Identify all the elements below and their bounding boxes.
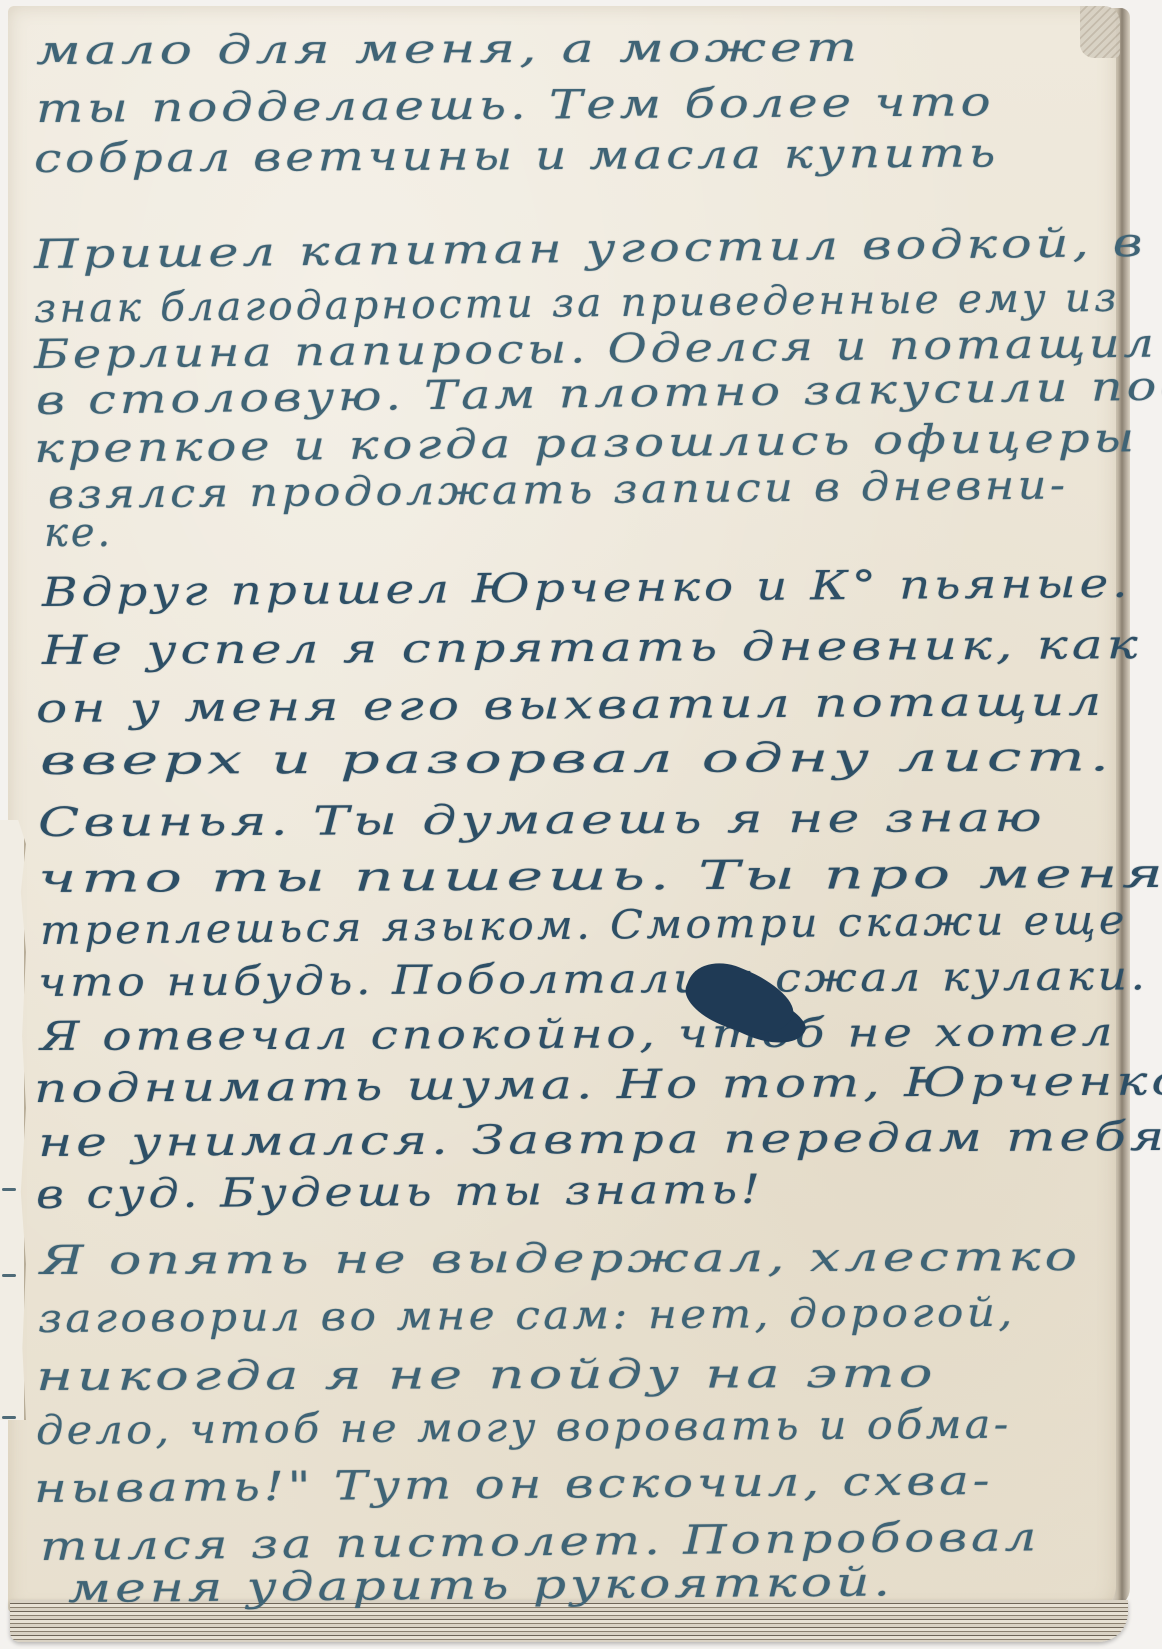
- handwritten-line: вверх и разорвал одну лист.: [40, 734, 1114, 784]
- scanned-notebook-page: мало для меня, а может ты подделаешь. Те…: [0, 0, 1162, 1649]
- handwritten-line: меня ударить рукояткой.: [68, 1559, 894, 1612]
- handwritten-line: дело, чтоб не могу воровать и обма-: [36, 1402, 1012, 1454]
- handwritten-line: он у меня его выхватил потащил: [36, 679, 1106, 732]
- handwritten-line: заговорил во мне сам: нет, дорогой,: [38, 1290, 1016, 1342]
- handwritten-line: взялся продолжать записи в дневни-: [48, 462, 1069, 518]
- handwritten-line: Свинья. Ты думаешь я не знаю: [38, 795, 1046, 846]
- handwritten-line: собрал ветчины и масла купить: [34, 130, 999, 182]
- handwritten-line: мало для меня, а может: [36, 25, 862, 74]
- handwritten-line: что ты пишешь. Ты про меня: [38, 851, 1162, 902]
- handwritten-line: Я отвечал спокойно, чтоб не хотел: [40, 1009, 1117, 1060]
- handwritten-line: ке.: [44, 510, 113, 556]
- dog-eared-corner: [1080, 6, 1120, 58]
- torn-edge-ink-mark: [2, 1188, 16, 1191]
- handwritten-line: что нибудь. Поболтали и сжал кулаки.: [38, 953, 1149, 1006]
- handwritten-line: поднимать шума. Но тот, Юрченко: [34, 1058, 1162, 1112]
- handwritten-line: ты подделаешь. Тем более что: [36, 79, 995, 132]
- torn-left-edge: [0, 820, 26, 1420]
- handwritten-line: Я опять не выдержал, хлестко: [40, 1234, 1081, 1284]
- torn-edge-ink-mark: [2, 1274, 16, 1277]
- torn-edge-ink-mark: [2, 1416, 16, 1419]
- handwritten-line: в суд. Будешь ты знать!: [36, 1167, 764, 1218]
- handwritten-line: Вдруг пришел Юрченко и К° пьяные.: [42, 561, 1132, 616]
- handwritten-line: нывать!" Тут он вскочил, схва-: [34, 1458, 994, 1512]
- handwritten-line: никогда я не пойду на это: [36, 1351, 937, 1400]
- handwritten-line: не унимался. Завтра передам тебя: [38, 1114, 1162, 1166]
- handwritten-line: Не успел я спрятать дневник, как: [42, 622, 1142, 674]
